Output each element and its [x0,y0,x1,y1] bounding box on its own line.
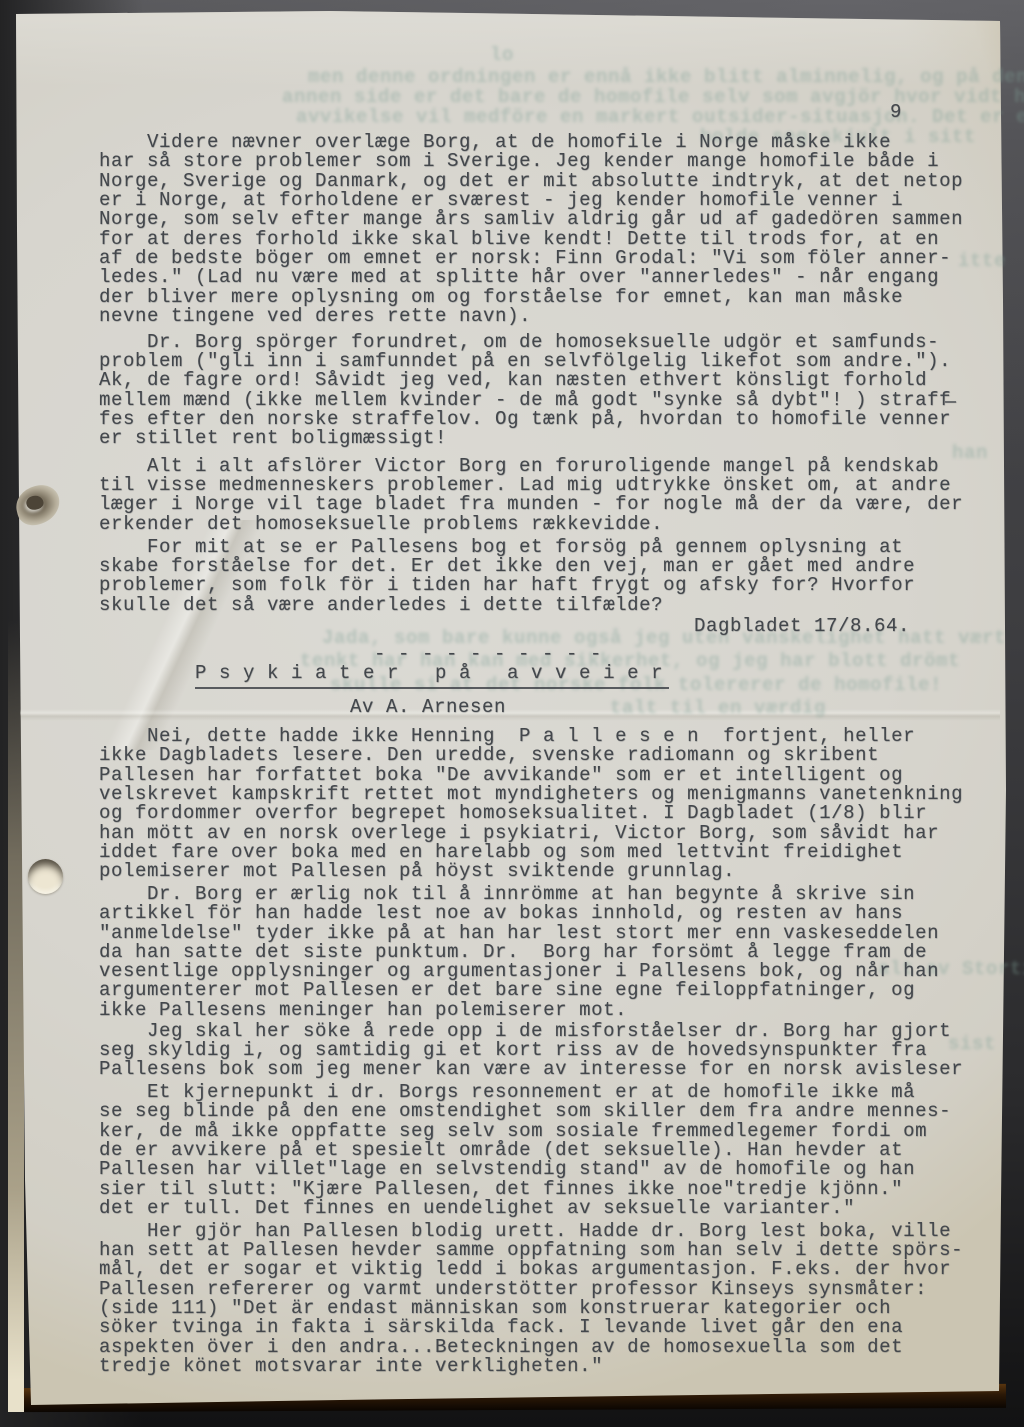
text-line: ikke Dagbladets lesere. Den uredde, sven… [99,746,879,765]
text-line: mål, det er sogar et viktig ledd i bokas… [99,1260,951,1279]
text-line: ledes." (Lad nu være med at splitte hår … [99,268,939,287]
text-line: skulle det så være anderledes i dette ti… [99,596,663,615]
text-line: Norge, som selv efter mange års samliv a… [99,210,963,229]
text-line: argumenterer mot Pallesen er det bare si… [99,981,915,1000]
text-line: artikkel för han hadde lest noe av bokas… [99,904,903,923]
text-line: Pallesens bok som jeg mener kan være av … [99,1060,963,1079]
text-line: ikke Pallesens meninger han polemiserer … [99,1001,627,1020]
article-title: P s y k i a t e r p å a v v e i e r [195,664,669,689]
text-line: Ak, de fagre ord! Såvidt jeg ved, kan næ… [99,371,927,390]
article-byline: Av A. Arnesen [350,698,506,717]
text-line: polemiserer mot Pallesen på höyst svikte… [99,862,735,881]
text-line: nevne tingene ved deres rette navn). [99,307,531,326]
typewritten-text-layer: 9Videre nævner overlæge Borg, at de homo… [0,0,1024,1427]
text-line: er stillet rent boligmæssigt! [99,429,447,448]
text-line: har så store problemer som i Sverige. Je… [99,152,939,171]
text-line: söker tvinga in fakta i särskilda fack. … [99,1318,903,1337]
scanned-document-background: lomen denne ordningen er ennå ikke blitt… [0,0,1024,1427]
text-line: og fordommer overfor begrepet homoseksua… [99,804,927,823]
text-line: læger i Norge vil tage bladet fra munden… [99,495,963,514]
text-line: det er tull. Det finnes en uendelighet a… [99,1199,855,1218]
text-line: problemer, som folk för i tiden har haft… [99,576,915,595]
text-line: Pallesen har villet"lage en selvstendig … [99,1160,915,1179]
text-line: se seg blinde på den ene omstendighet so… [99,1102,951,1121]
text-line: tredje könet motsvarar inte verkligheten… [99,1357,603,1376]
source-citation: Dagbladet 17/8.64. [694,617,910,636]
page-number: 9 [890,103,902,122]
text-line: erkender det homoseksuelle problems rækk… [99,515,663,534]
